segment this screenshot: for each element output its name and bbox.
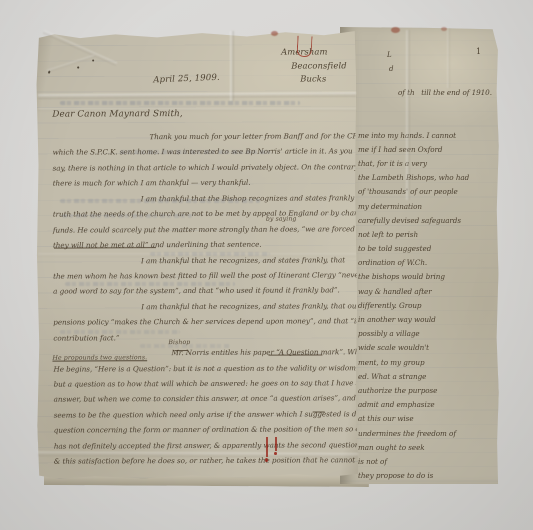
ghost-text-line: [65, 282, 235, 286]
ink-fleck: [92, 59, 94, 61]
handwritten-line: question concerning the form or manner o…: [54, 422, 356, 439]
back-page-line: [358, 100, 498, 114]
ghost-text-line: [62, 214, 192, 218]
address-line: Amersham: [281, 45, 347, 59]
red-ink-dot: [265, 458, 268, 462]
back-page-line: undermines the freedom of: [358, 427, 498, 441]
handwritten-line: pensions policy “makes the Church & her …: [53, 314, 355, 331]
back-page-text-fragments: of th till the end of 1910.me into my ha…: [358, 86, 498, 484]
back-page-line: ed. What a strange: [358, 370, 498, 384]
handwritten-line: seems to be the question which need only…: [54, 406, 356, 423]
handwritten-line: say, there is nothing in that article to…: [53, 159, 355, 176]
red-ink-loop-mark: [296, 36, 312, 58]
strikethrough-mr: [174, 350, 187, 351]
back-page-line: me into my hands. I cannot: [358, 129, 498, 143]
back-page-line: authorize the purpose: [358, 384, 498, 398]
back-page-margin-mark-d: d: [389, 65, 394, 73]
back-page-line: at this our wise: [358, 412, 498, 426]
ink-fleck: [48, 70, 51, 73]
back-page-line: ment, to my group: [358, 356, 498, 370]
back-page-line: of 'thousands' of our people: [358, 185, 498, 199]
handwritten-line: & this satisfaction before he does so, o…: [54, 452, 356, 469]
red-stain: [441, 27, 447, 31]
back-page-line: the Lambeth Bishops, who had: [358, 171, 498, 185]
interlinear-insertion-propounds: He propounds two questions.: [52, 354, 147, 361]
back-page-line: not left to perish: [358, 228, 498, 242]
handwritten-line: has not definitely accepted the first an…: [54, 437, 356, 454]
back-page-line: is not of: [358, 455, 498, 469]
handwritten-line: they will not be met at all” and underli…: [53, 236, 355, 253]
back-page-number: 1: [476, 47, 481, 56]
back-page-line: of th till the end of 1910.: [398, 86, 498, 100]
back-page-margin-mark-l: L: [387, 51, 392, 59]
ghost-text-line: [60, 101, 300, 105]
back-page-line: me if I had seen Oxford: [358, 143, 498, 157]
handwritten-line: I am thankful that he recognizes, and st…: [141, 298, 355, 314]
back-page-line: wide scale wouldn't: [358, 341, 498, 355]
back-page-line: to be told suggested: [358, 242, 498, 256]
handwritten-line: there is much for which I am thankful — …: [53, 175, 355, 192]
address-line: Bucks: [300, 72, 347, 86]
back-page-line: differently. Group: [358, 299, 498, 313]
red-ink-drip: [275, 437, 277, 451]
back-page-line: carefully devised safeguards: [358, 214, 498, 228]
ghost-text-line: [120, 150, 270, 154]
back-page-line: that, for it is a very: [358, 157, 498, 171]
back-page-line: possibly a village: [358, 327, 498, 341]
red-ink-dot: [274, 452, 277, 455]
back-page-line: the bishops would bring: [358, 270, 498, 284]
red-stain: [391, 27, 400, 33]
ghost-text-line: [150, 252, 270, 256]
ink-fleck: [77, 67, 79, 69]
red-stain: [271, 31, 278, 36]
handwritten-line: He begins, “Here is a Question”: but it …: [53, 360, 355, 377]
sender-address: AmershamBeaconsfieldBucks: [281, 45, 347, 86]
back-page-line: ordination of W.Ch.: [358, 256, 498, 270]
letter-date: April 25, 1909.: [153, 73, 220, 86]
back-page-line: way & handled after: [358, 285, 498, 299]
back-page-line: admit and emphasize: [358, 398, 498, 412]
handwritten-line: funds. He could scarcely put the matter …: [53, 221, 355, 238]
handwritten-line: but a question as to how that will which…: [54, 375, 356, 392]
salutation: Dear Canon Maynard Smith,: [52, 109, 182, 120]
back-page-line: man ought to seek: [358, 441, 498, 455]
handwritten-line: Thank you much for your letter from Banf…: [149, 128, 354, 144]
ghost-text-line: [140, 344, 230, 348]
back-page-line: in another way would: [358, 313, 498, 327]
interlinear-insertion-by-saying: by saying: [266, 216, 297, 223]
address-line: Beaconsfield: [291, 59, 347, 73]
back-page-sheet: 1 L d of th till the end of 1910.me into…: [340, 27, 499, 484]
back-page-line: [358, 114, 498, 128]
back-page-line: my determination: [358, 200, 498, 214]
back-page-line: they propose to do is: [358, 469, 498, 483]
ghost-text-line: [60, 199, 260, 203]
photograph-of-letter: 1 L d of th till the end of 1910.me into…: [0, 0, 533, 530]
strikethrough-word: [313, 411, 325, 412]
letter-body: Thank you much for your letter from Banf…: [52, 128, 355, 469]
red-ink-drip: [266, 437, 268, 457]
handwritten-line: answer, but when we come to consider thi…: [54, 391, 356, 408]
ghost-text-line: [60, 330, 180, 334]
back-page-line: the will of God. “Here shall”: [358, 483, 498, 484]
